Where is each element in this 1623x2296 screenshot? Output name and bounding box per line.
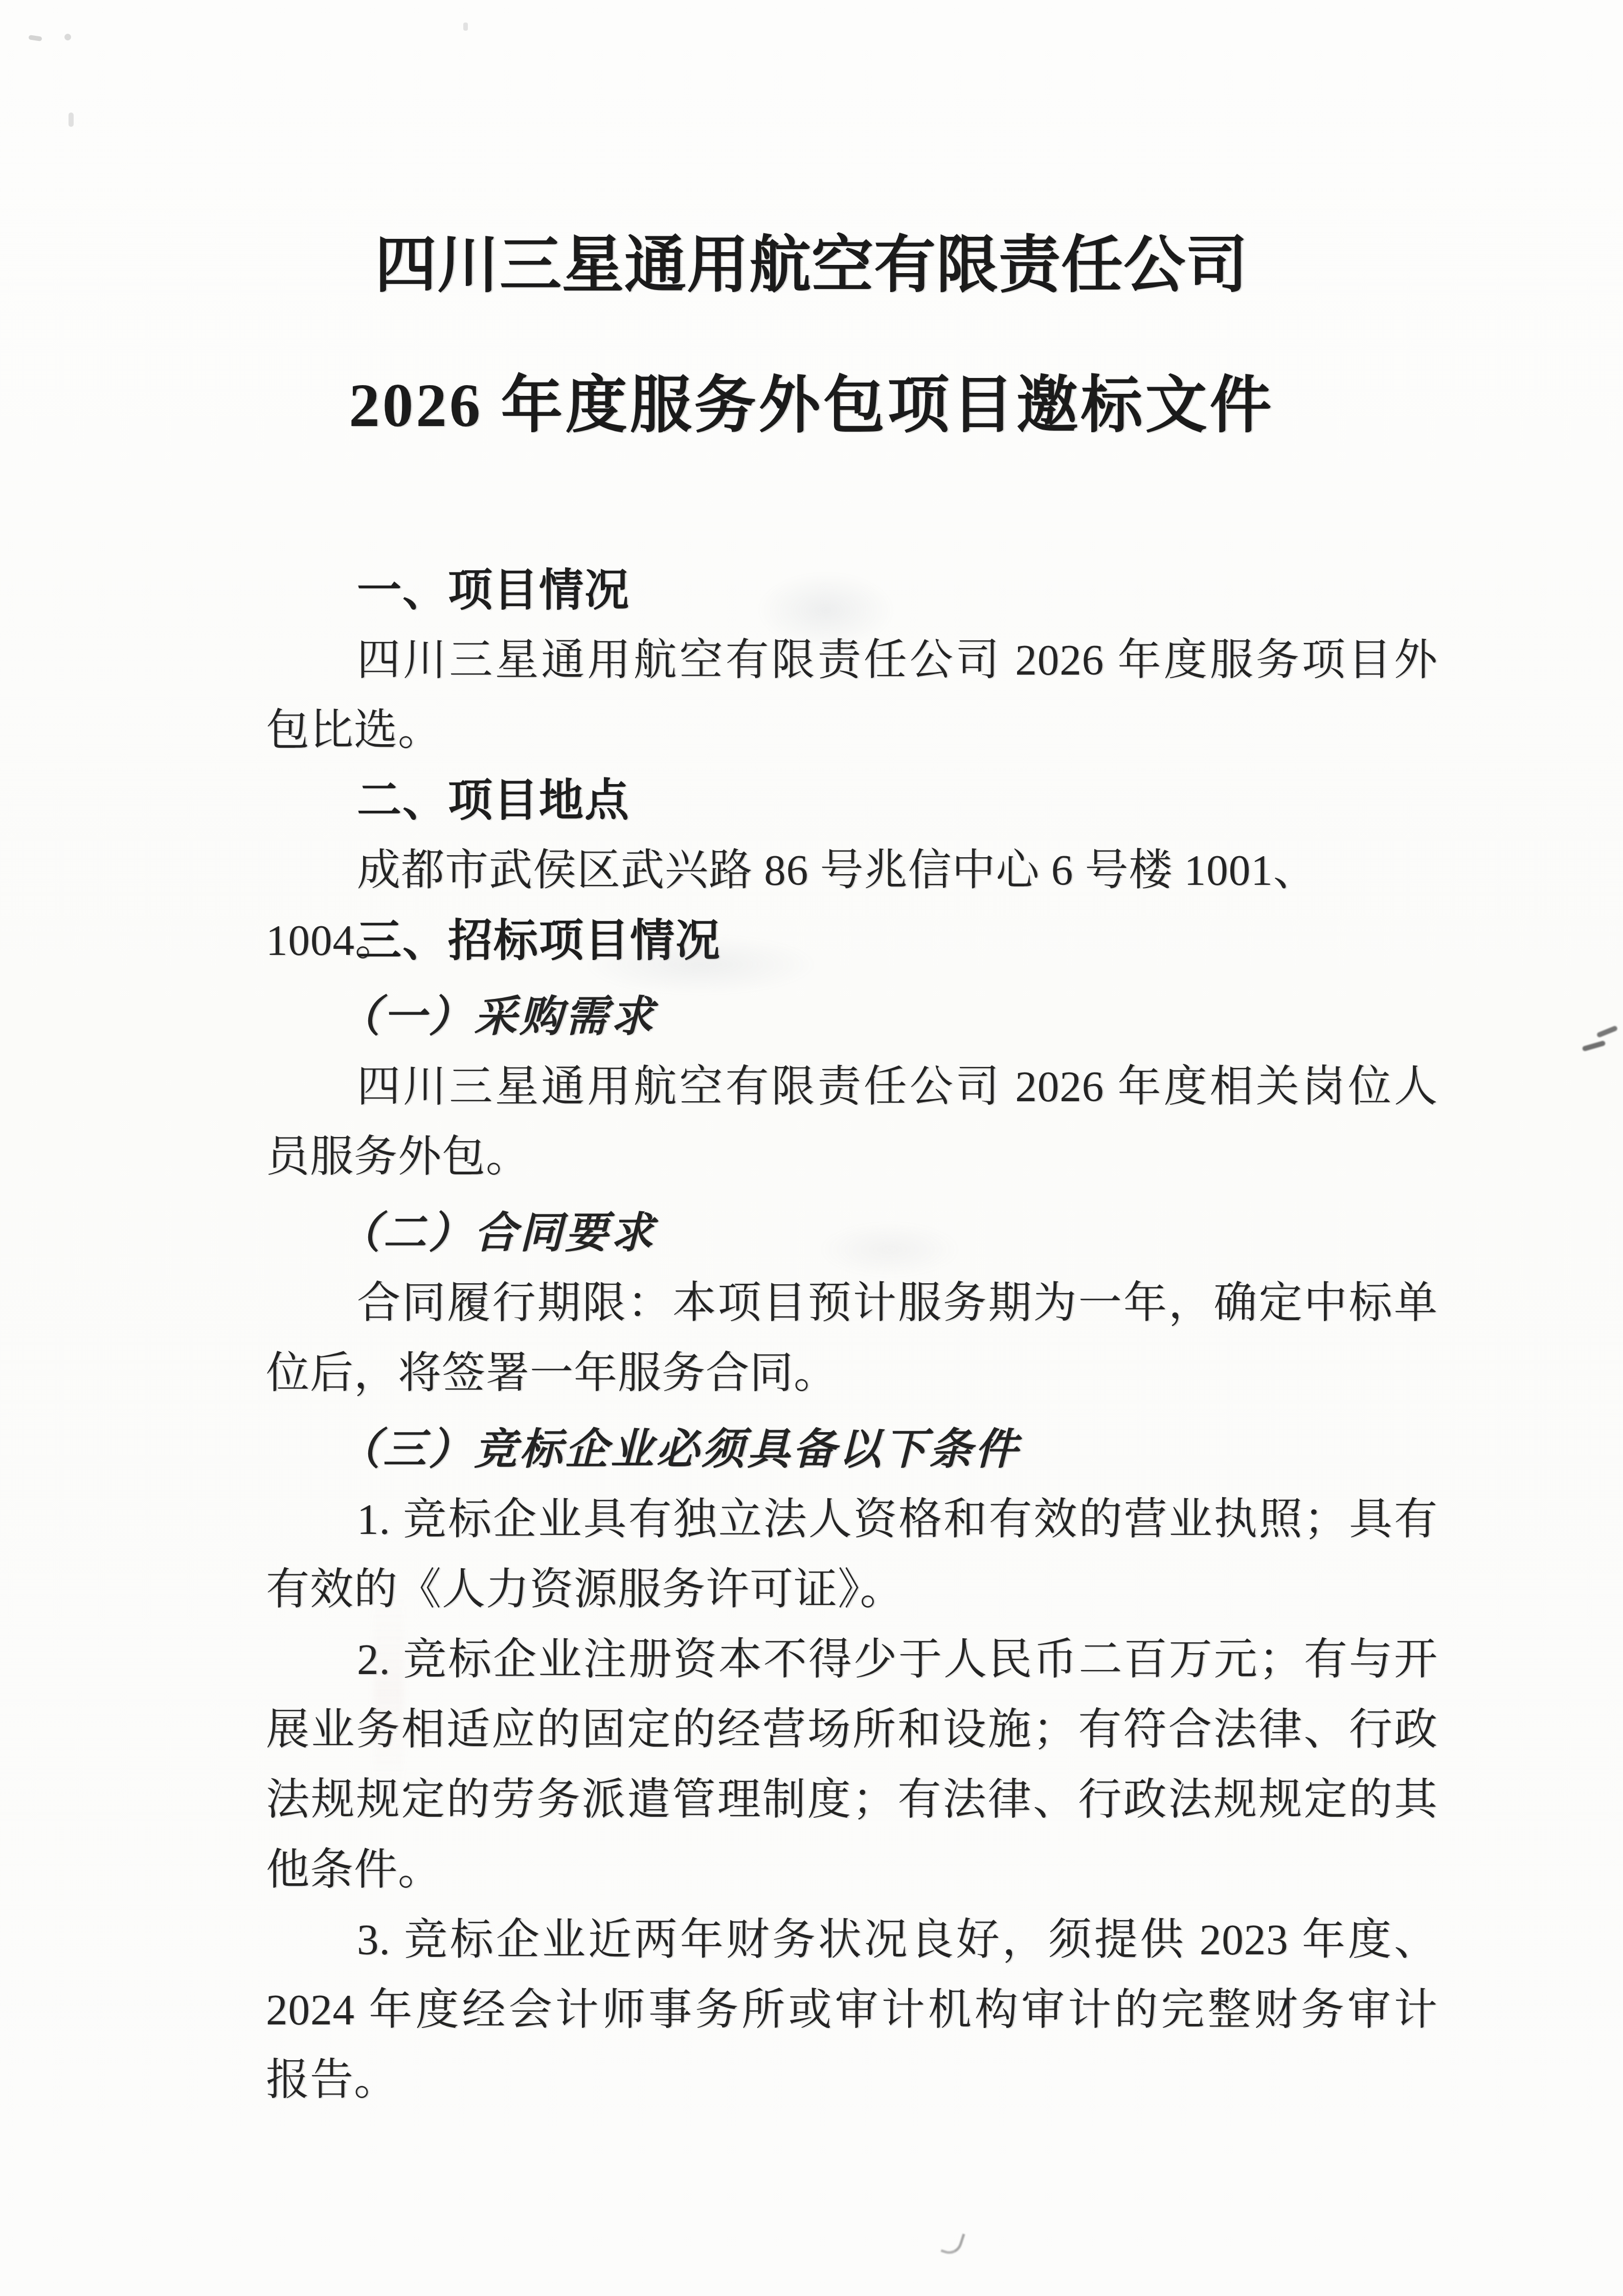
text-line: 二、项目地点 bbox=[266, 766, 1438, 836]
pen-squiggle-mark bbox=[941, 2229, 965, 2258]
text-line: 1. 竞标企业具有独立法人资格和有效的营业执照；具有 bbox=[266, 1485, 1438, 1555]
text-line: 2. 竞标企业注册资本不得少于人民币二百万元；有与开 bbox=[266, 1625, 1438, 1695]
document-body: 一、项目情况四川三星通用航空有限责任公司 2026 年度服务项目外包比选。二、项… bbox=[266, 555, 1438, 2115]
scan-speck bbox=[69, 113, 74, 127]
scan-speck bbox=[29, 35, 42, 41]
text-line: 位后，将签署一年服务合同。 bbox=[266, 1339, 1438, 1409]
text-line: 一、项目情况 bbox=[266, 555, 1438, 626]
text-line: 3. 竞标企业近两年财务状况良好，须提供 2023 年度、 bbox=[266, 1905, 1438, 1975]
text-line: （二）合同要求 bbox=[266, 1198, 1438, 1268]
document-title-line-2: 2026 年度服务外包项目邀标文件 bbox=[29, 361, 1594, 451]
text-line: （三）竞标企业必须具备以下条件 bbox=[266, 1415, 1438, 1485]
text-line: （一）采购需求 bbox=[266, 982, 1438, 1052]
text-line: 员服务外包。 bbox=[266, 1122, 1438, 1192]
text-line: 2024 年度经会计师事务所或审计机构审计的完整财务审计 bbox=[266, 1975, 1438, 2045]
document-title-line-1: 四川三星通用航空有限责任公司 bbox=[29, 221, 1594, 310]
text-line: 四川三星通用航空有限责任公司 2026 年度服务项目外 bbox=[266, 626, 1438, 696]
text-line: 四川三星通用航空有限责任公司 2026 年度相关岗位人 bbox=[266, 1052, 1438, 1122]
scan-speck bbox=[64, 34, 71, 40]
scanned-document-page: 四川三星通用航空有限责任公司 2026 年度服务外包项目邀标文件 一、项目情况四… bbox=[0, 0, 1623, 2296]
text-line: 法规规定的劳务派遣管理制度；有法律、行政法规规定的其 bbox=[266, 1765, 1438, 1835]
text-line: 成都市武侯区武兴路 86 号兆信中心 6 号楼 1001、1004。 bbox=[266, 836, 1438, 906]
text-line: 有效的《人力资源服务许可证》。 bbox=[266, 1555, 1438, 1625]
scan-dash-mark bbox=[1582, 1040, 1606, 1052]
scan-speck bbox=[463, 23, 468, 31]
text-line: 三、招标项目情况 bbox=[266, 906, 1438, 976]
text-line: 合同履行期限：本项目预计服务期为一年，确定中标单 bbox=[266, 1268, 1438, 1339]
text-line: 他条件。 bbox=[266, 1835, 1438, 1905]
text-line: 展业务相适应的固定的经营场所和设施；有符合法律、行政 bbox=[266, 1695, 1438, 1765]
scan-dash-mark bbox=[1596, 1025, 1618, 1038]
text-line: 包比选。 bbox=[266, 696, 1438, 766]
text-line: 报告。 bbox=[266, 2045, 1438, 2115]
